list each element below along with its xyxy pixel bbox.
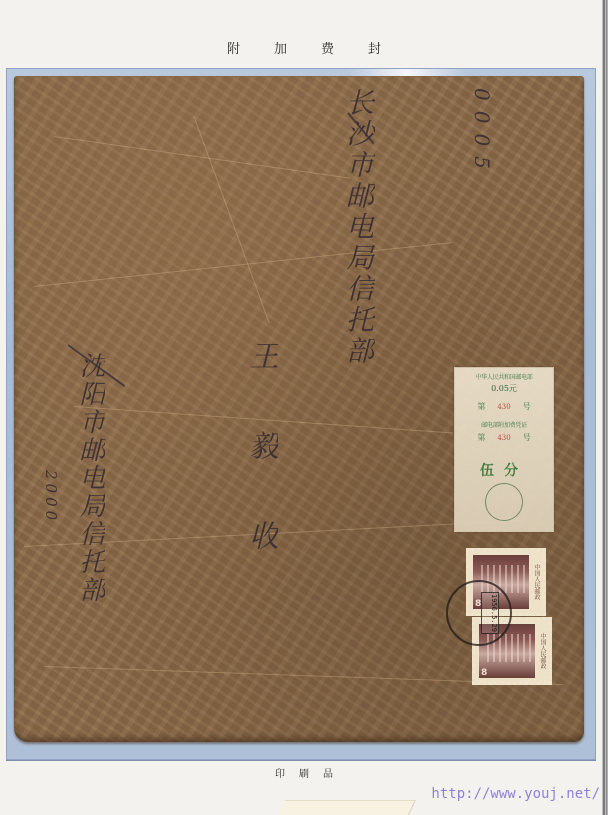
page-border: [602, 0, 608, 815]
label-serial-2: 第430号: [455, 432, 553, 443]
title-char: 附: [227, 38, 240, 57]
title-char: 封: [368, 38, 381, 57]
paper-tab: [275, 800, 416, 815]
crease: [194, 116, 270, 323]
stamp-value: 8: [481, 668, 487, 678]
footer-char: 刷: [299, 765, 309, 780]
label-voucher-title: 邮电部附加费凭证: [455, 420, 553, 429]
serial-suffix: 号: [523, 402, 531, 411]
footer-char: 品: [323, 765, 333, 780]
watermark-link[interactable]: http://www.youj.net/: [431, 786, 600, 802]
label-issuer: 中华人民共和国邮电部: [455, 372, 553, 381]
recipient-name-handwriting: 王毅收: [238, 340, 282, 610]
title-char: 加: [274, 38, 287, 57]
label-amount: 0.05元: [455, 383, 553, 394]
serial-number: 430: [497, 434, 510, 442]
footer-char: 印: [275, 765, 285, 780]
postmark-date: 1956.5.29: [481, 592, 499, 634]
serial-prefix: 第: [477, 402, 485, 411]
serial-suffix: 号: [523, 433, 531, 442]
category-label: 印刷品: [0, 765, 608, 780]
stamp-country-text: 中国人民邮政: [531, 555, 541, 609]
label-serial-1: 第430号: [455, 401, 553, 412]
recipient-address-handwriting: 长沙市邮电局信托部: [338, 88, 378, 367]
title-char: 费: [321, 38, 334, 57]
stamp-country-text: 中国人民邮政: [537, 624, 547, 678]
page-title: 附加费封: [0, 38, 608, 57]
surcharge-fee-label: 中华人民共和国邮电部 0.05元 第430号 邮电部附加费凭证 第430号 伍分: [454, 367, 554, 532]
label-denomination: 伍分: [455, 460, 553, 480]
sender-code-handwriting: 2000: [42, 470, 60, 524]
postmark-circle-icon: [446, 580, 512, 646]
seal-circle-icon: [485, 483, 523, 521]
serial-prefix: 第: [477, 433, 485, 442]
postal-code-handwriting: 0005: [470, 88, 494, 179]
serial-number: 430: [497, 403, 510, 411]
sender-address-handwriting: 沈阳市邮电局信托部: [72, 352, 109, 604]
